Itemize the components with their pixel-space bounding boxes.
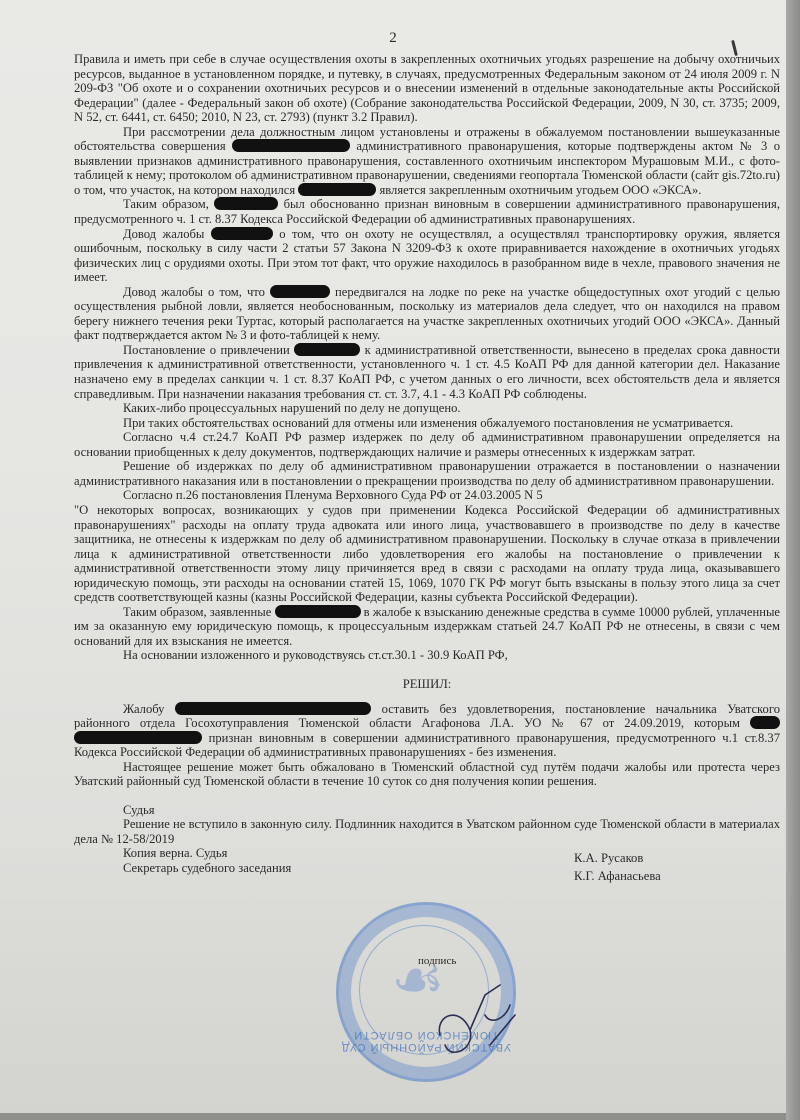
redaction [294, 343, 360, 356]
paragraph: Правила и иметь при себе в случае осущес… [74, 52, 780, 125]
paragraph: Постановление о привлечении к администра… [74, 343, 780, 401]
redaction [270, 285, 330, 298]
paragraph: При таких обстоятельствах оснований для … [74, 416, 780, 431]
paragraph: При рассмотрении дела должностным лицом … [74, 125, 780, 198]
paragraph: "О некоторых вопросах, возникающих у суд… [74, 503, 780, 605]
paragraph: Решение об издержках по делу об админист… [74, 459, 780, 488]
paragraph: Таким образом, заявленные в жалобе к взы… [74, 605, 780, 649]
paragraph: Каких-либо процессуальных нарушений по д… [74, 401, 780, 416]
redaction [298, 183, 376, 196]
page-number: 2 [0, 30, 786, 47]
paragraph: Довод жалобы о том, что передвигался на … [74, 285, 780, 343]
paragraph: Согласно п.26 постановления Пленума Верх… [74, 488, 780, 503]
redaction [232, 139, 350, 152]
signature-note: подпись [418, 955, 456, 967]
redaction [74, 731, 202, 744]
judge-label: Судья [74, 803, 780, 818]
document-body: Правила и иметь при себе в случае осущес… [74, 52, 780, 876]
paragraph: Согласно ч.4 ст.24.7 КоАП РФ размер изде… [74, 430, 780, 459]
judge-name: К.А. Русаков [574, 851, 643, 866]
secretary-label: Секретарь судебного заседания [123, 861, 291, 876]
redaction [214, 197, 278, 210]
redaction [175, 702, 371, 715]
paragraph: Таким образом, был обоснованно признан в… [74, 197, 780, 226]
redaction [275, 605, 361, 618]
paragraph: Довод жалобы о том, что он охоту не осущ… [74, 227, 780, 285]
redaction [211, 227, 273, 240]
paragraph: На основании изложенного и руководствуяс… [74, 648, 780, 663]
decision-heading: РЕШИЛ: [74, 677, 780, 692]
redaction [750, 716, 780, 729]
decision-paragraph: Настоящее решение может быть обжаловано … [74, 760, 780, 789]
legal-force-note: Решение не вступило в законную силу. Под… [74, 817, 780, 846]
copy-label: Копия верна. Судья [123, 846, 227, 861]
background-surface [786, 0, 800, 1120]
decision-paragraph: Жалобу оставить без удовлетворения, пост… [74, 702, 780, 760]
secretary-name: К.Г. Афанасьева [574, 869, 661, 884]
